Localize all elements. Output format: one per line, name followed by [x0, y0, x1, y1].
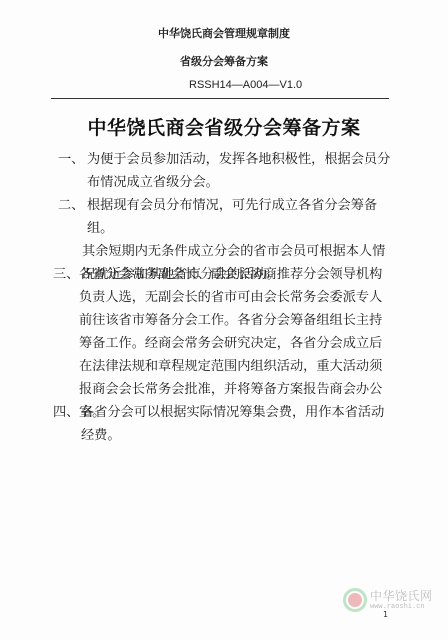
page-number: 1	[383, 610, 388, 619]
item-text: 各省分会常务副会长、副会长协商推荐分会领导机构 负责人选，无副会长的省市可由会长…	[79, 263, 398, 424]
main-title: 中华饶氏商会省级分会筹备方案	[0, 113, 448, 140]
document-code: RSSH14—A004—V1.0	[189, 79, 302, 91]
item-number: 一、	[58, 148, 84, 171]
item-text: 为便于会员参加活动，发挥各地积极性，根据会员分 布情况成立省级分会。	[87, 148, 398, 194]
header-title: 中华饶氏商会管理规章制度	[0, 25, 448, 41]
item-number: 二、	[58, 194, 84, 217]
list-item-3: 三、 各省分会常务副会长、副会长协商推荐分会领导机构 负责人选，无副会长的省市可…	[53, 263, 398, 424]
header-divider	[51, 98, 389, 99]
watermark-text: 中华饶氏网 www.raoshi.cn	[370, 590, 433, 611]
watermark-url: www.raoshi.cn	[370, 604, 433, 611]
raoshi-logo-icon	[343, 588, 367, 612]
list-item-4: 四、 各省分会可以根据实际情况筹集会费，用作本省活动 经费。	[53, 401, 398, 447]
logo-seal	[348, 593, 362, 607]
item-text: 根据现有会员分布情况，可先行成立各省分会筹备 组。	[87, 194, 398, 240]
watermark: 中华饶氏网 www.raoshi.cn	[343, 588, 433, 612]
list-item-2: 二、 根据现有会员分布情况，可先行成立各省分会筹备 组。	[58, 194, 398, 240]
item-number: 四、	[53, 401, 79, 424]
item-number: 三、	[53, 263, 79, 286]
list-item-1: 一、 为便于会员参加活动，发挥各地积极性，根据会员分 布情况成立省级分会。	[58, 148, 398, 194]
document-page: 中华饶氏商会管理规章制度 省级分会筹备方案 RSSH14—A004—V1.0 中…	[0, 0, 448, 640]
item-text: 各省分会可以根据实际情况筹集会费，用作本省活动 经费。	[81, 401, 398, 447]
watermark-name: 中华饶氏网	[370, 590, 433, 602]
header-subtitle: 省级分会筹备方案	[0, 53, 448, 69]
